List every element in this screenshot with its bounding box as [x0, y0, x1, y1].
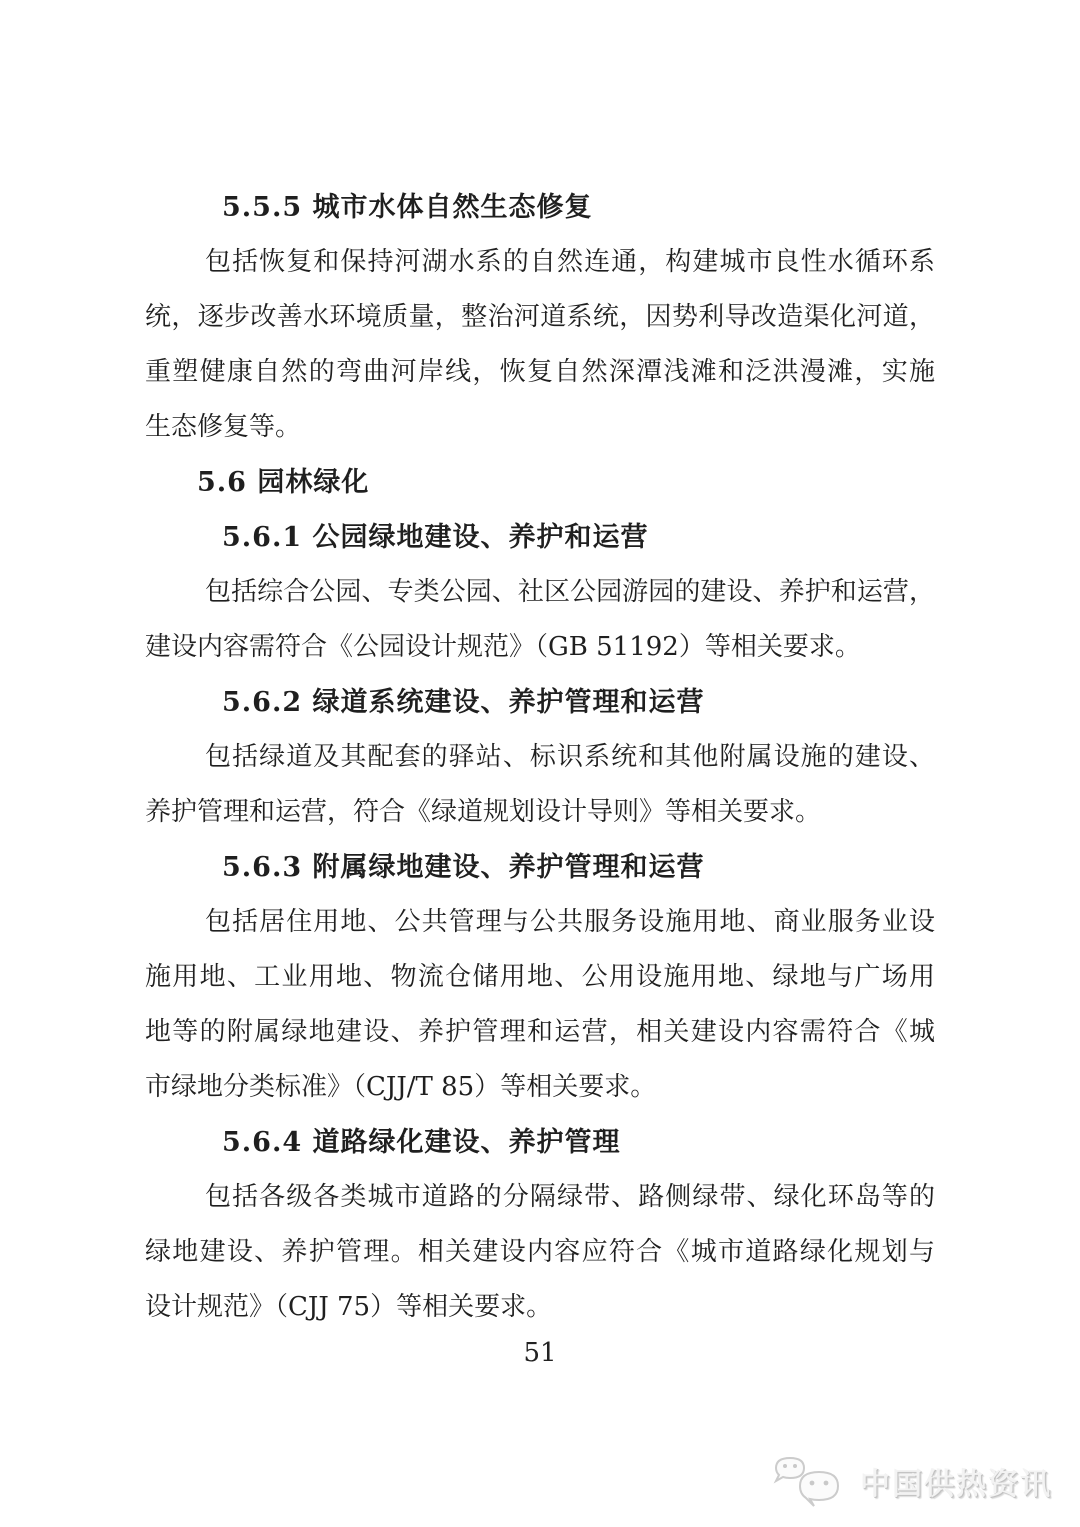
watermark-label: 中国供热资讯: [860, 1459, 1052, 1503]
paragraph-line: 养护管理和运营，符合《绿道规划设计导则》等相关要求。: [145, 785, 935, 840]
paragraph-line: 生态修复等。: [145, 400, 935, 455]
paragraph-line: 市绿地分类标准》（CJJ/T 85）等相关要求。: [145, 1060, 935, 1115]
section-heading: 5.6.1 公园绿地建设、养护和运营: [145, 510, 935, 565]
paragraph-line: 统，逐步改善水环境质量，整治河道系统，因势利导改造渠化河道，: [145, 290, 935, 345]
wechat-chat-bubbles-icon: [766, 1452, 850, 1510]
section-heading: 5.6 园林绿化: [145, 455, 935, 510]
section-heading: 5.6.4 道路绿化建设、养护管理: [145, 1115, 935, 1170]
paragraph-line: 绿地建设、养护管理。相关建设内容应符合《城市道路绿化规划与: [145, 1225, 935, 1280]
section-heading: 5.6.2 绿道系统建设、养护管理和运营: [145, 675, 935, 730]
page-number: 51: [0, 1338, 1080, 1368]
paragraph-line: 地等的附属绿地建设、养护管理和运营，相关建设内容需符合《城: [145, 1005, 935, 1060]
paragraph-line: 重塑健康自然的弯曲河岸线，恢复自然深潭浅滩和泛洪漫滩，实施: [145, 345, 935, 400]
paragraph-line: 建设内容需符合《公园设计规范》（GB 51192）等相关要求。: [145, 620, 935, 675]
paragraph-line: 施用地、工业用地、物流仓储用地、公用设施用地、绿地与广场用: [145, 950, 935, 1005]
paragraph-line: 包括各级各类城市道路的分隔绿带、路侧绿带、绿化环岛等的: [145, 1170, 935, 1225]
paragraph-line: 设计规范》（CJJ 75）等相关要求。: [145, 1280, 935, 1335]
paragraph-line: 包括居住用地、公共管理与公共服务设施用地、商业服务业设: [145, 895, 935, 950]
paragraph-line: 包括综合公园、专类公园、社区公园游园的建设、养护和运营，: [145, 565, 935, 620]
watermark: 中国供热资讯: [766, 1452, 1052, 1510]
document-page: 5.5.5 城市水体自然生态修复包括恢复和保持河湖水系的自然连通，构建城市良性水…: [0, 0, 1080, 1527]
paragraph-line: 包括绿道及其配套的驿站、标识系统和其他附属设施的建设、: [145, 730, 935, 785]
section-heading: 5.6.3 附属绿地建设、养护管理和运营: [145, 840, 935, 895]
paragraph-line: 包括恢复和保持河湖水系的自然连通，构建城市良性水循环系: [145, 235, 935, 290]
document-content: 5.5.5 城市水体自然生态修复包括恢复和保持河湖水系的自然连通，构建城市良性水…: [145, 180, 935, 1335]
section-heading: 5.5.5 城市水体自然生态修复: [145, 180, 935, 235]
